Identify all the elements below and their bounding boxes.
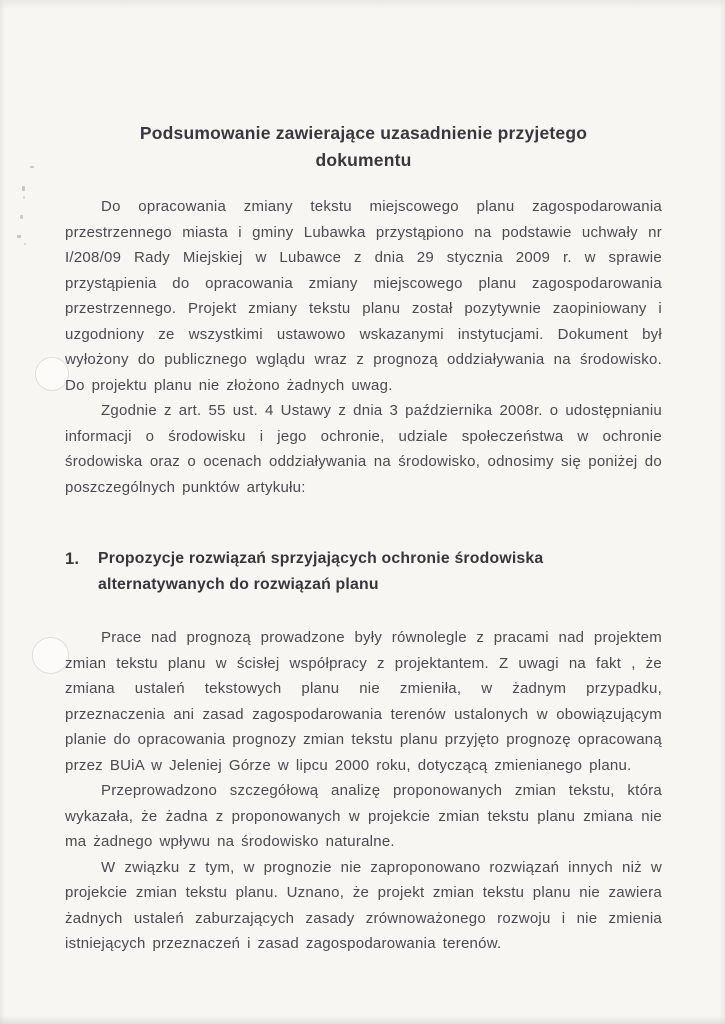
scan-speck bbox=[24, 243, 26, 245]
section-1-heading: 1. Propozycje rozwiązań sprzyjających oc… bbox=[65, 546, 662, 598]
document-title-line1: Podsumowanie zawierające uzasadnienie pr… bbox=[65, 120, 662, 147]
scan-speck bbox=[30, 166, 34, 168]
paragraph-uchwala: Do opracowania zmiany tekstu miejscowego… bbox=[65, 194, 662, 398]
hole-punch-mark bbox=[33, 638, 68, 673]
paragraph-analiza: Przeprowadzono szczegółową analizę propo… bbox=[65, 778, 662, 855]
scan-edge-left bbox=[0, 0, 5, 1024]
scan-speck bbox=[20, 215, 23, 219]
document-title: Podsumowanie zawierające uzasadnienie pr… bbox=[65, 120, 662, 174]
section-1-heading-text: Propozycje rozwiązań sprzyjających ochro… bbox=[98, 546, 590, 598]
scan-speck bbox=[17, 235, 21, 238]
document-title-line2: dokumentu bbox=[65, 147, 662, 174]
intro-paragraphs: Do opracowania zmiany tekstu miejscowego… bbox=[65, 194, 662, 500]
scan-speck bbox=[23, 196, 25, 199]
paragraph-prognoza: Prace nad prognozą prowadzone były równo… bbox=[65, 625, 662, 778]
hole-punch-mark bbox=[36, 358, 68, 390]
scan-edge-top bbox=[0, 0, 725, 10]
scanned-document-page: Podsumowanie zawierające uzasadnienie pr… bbox=[0, 0, 725, 1024]
document-content: Podsumowanie zawierające uzasadnienie pr… bbox=[65, 120, 662, 957]
scan-edge-bottom bbox=[0, 1015, 725, 1024]
paragraph-wnioski: W związku z tym, w prognozie nie zapropo… bbox=[65, 855, 662, 957]
scan-speck bbox=[22, 186, 25, 191]
scan-edge-right bbox=[719, 0, 725, 1024]
section-1-body: Prace nad prognozą prowadzone były równo… bbox=[65, 625, 662, 957]
paragraph-ustawa: Zgodnie z art. 55 ust. 4 Ustawy z dnia 3… bbox=[65, 398, 662, 500]
section-1-number: 1. bbox=[65, 546, 98, 598]
